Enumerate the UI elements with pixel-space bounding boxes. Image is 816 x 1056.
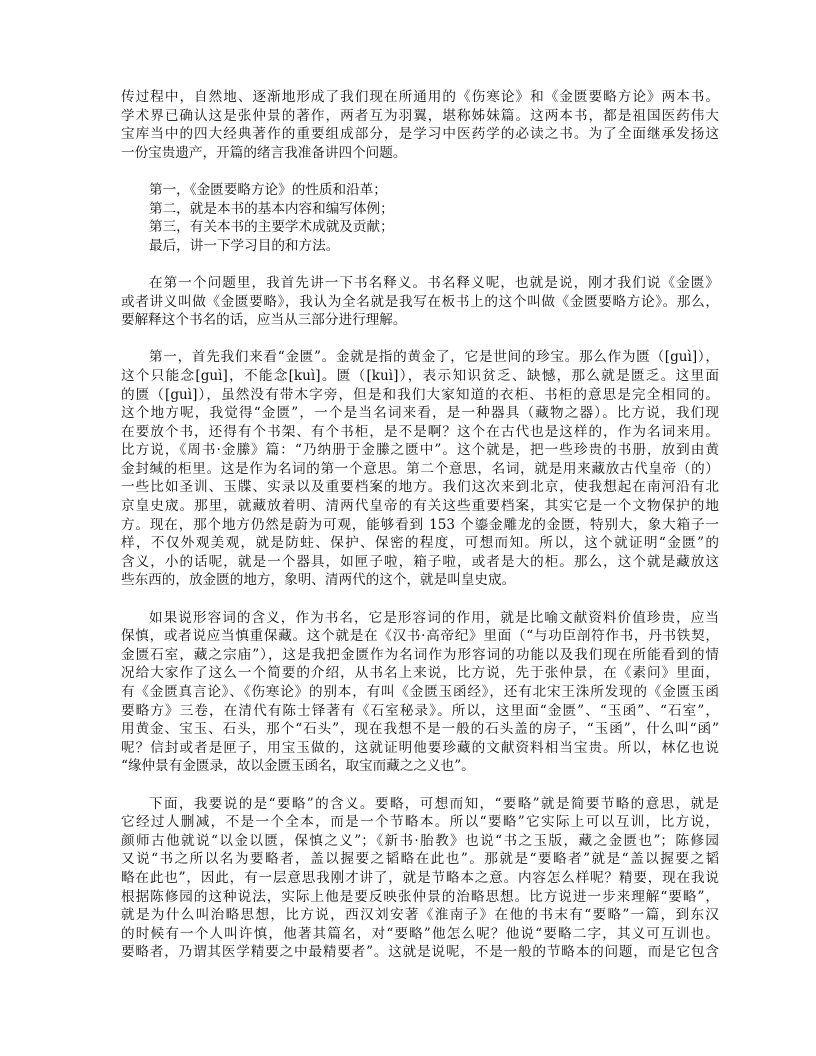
- text-line: 略在此也”，因此，有一层意思我刚才讲了，就是节略本之意。内容怎么样呢？精要，现在…: [121, 869, 719, 888]
- text-line: 有《金匮真言论》、《伤寒论》的别本，有叫《金匮玉函经》，还有北宋王洙所发现的《金…: [121, 683, 719, 702]
- text-line: 要解释这个书名的话，应当从三部分进行理解。: [121, 311, 719, 330]
- list-item: 第二，就是本书的基本内容和编写体例；: [121, 200, 719, 219]
- outline-list: 第一，《金匮要略方论》的性质和沿革； 第二，就是本书的基本内容和编写体例； 第三…: [121, 181, 719, 255]
- text-line: 在要放个书，还得有个书架、有个书柜，是不是啊？这个在古代也是这样的，作为名词来用…: [121, 423, 719, 442]
- paragraph-yaolue: 下面，我要说的是“要略”的含义。要略，可想而知，“要略”就是简要节略的意思，就是…: [121, 795, 719, 962]
- text-line: 宝库当中的四大经典著作的重要组成部分，是学习中医药学的必读之书。为了全面继承发扬…: [121, 125, 719, 144]
- text-line: 呢？信封或者是匣子，用宝玉做的，这就证明他要珍藏的文献资料相当宝贵。所以，林亿也…: [121, 739, 719, 758]
- text-line: 要略者，乃谓其医学精要之中最精要者”。这就是说呢，不是一般的节略本的问题，而是它…: [121, 943, 719, 962]
- text-line: 要略方》三卷，在清代有陈士铎著有《石室秘录》。所以，这里面“金匮”、“玉函”、“…: [121, 702, 719, 721]
- text-line: 在第一个问题里，我首先讲一下书名释义。书名释义呢，也就是说，刚才我们说《金匮》: [121, 274, 719, 293]
- text-line: “缘仲景有金匮录，故以金匮玉函名，取宝而藏之之义也”。: [121, 757, 719, 776]
- text-line: 含义，小的话呢，就是一个器具，如匣子啦，箱子啦，或者是大的柜。那么，这个就是藏放…: [121, 553, 719, 572]
- text-line: 它经过人删减，不是一个全本，而是一个节略本。所以“要略”它实际上可以互训，比方说…: [121, 813, 719, 832]
- text-line: 学术界已确认这是张仲景的著作，两者互为羽翼，堪称姊妹篇。这两本书，都是祖国医药伟…: [121, 107, 719, 126]
- paragraph-spacer: [121, 776, 719, 795]
- paragraph-title-explain: 在第一个问题里，我首先讲一下书名释义。书名释义呢，也就是说，刚才我们说《金匮》 …: [121, 274, 719, 330]
- paragraph-jingui: 第一，首先我们来看“金匮”。金就是指的黄金了，它是世间的珍宝。那么作为匮（[gu…: [121, 348, 719, 590]
- text-line: 一份宝贵遗产，开篇的绪言我准备讲四个问题。: [121, 144, 719, 163]
- text-line: 的匮（[guì]），虽然没有带木字旁，但是和我们大家知道的衣柜、书柜的意思是完全…: [121, 386, 719, 405]
- paragraph-spacer: [121, 590, 719, 609]
- text-line: 第一，首先我们来看“金匮”。金就是指的黄金了，它是世间的珍宝。那么作为匮（[gu…: [121, 348, 719, 367]
- list-item: 第一，《金匮要略方论》的性质和沿革；: [121, 181, 719, 200]
- text-line: 颜师古他就说“以金以匮，保慎之义”；《新书·胎教》也说“书之玉版，藏之金匮也”；…: [121, 832, 719, 851]
- text-line: 或者讲义叫做《金匮要略》，我认为全名就是我写在板书上的这个叫做《金匮要略方论》。…: [121, 293, 719, 312]
- text-line: 又说“书之所以名为要略者，盖以握要之韬略在此也”。那就是“要略者”就是“盖以握要…: [121, 850, 719, 869]
- text-line: 下面，我要说的是“要略”的含义。要略，可想而知，“要略”就是简要节略的意思，就是: [121, 795, 719, 814]
- paragraph-spacer: [121, 330, 719, 349]
- text-line: 用黄金、宝玉、石头，那个“石头”，现在我想不是一般的石头盖的房子，“玉函”，什么…: [121, 720, 719, 739]
- text-line: 况给大家作了这么一个简要的介绍，从书名上来说，比方说，先于张仲景，在《素问》里面…: [121, 664, 719, 683]
- text-line: 如果说形容词的含义，作为书名，它是形容词的作用，就是比喻文献资料价值珍贵，应当: [121, 609, 719, 628]
- text-line: 传过程中，自然地、逐渐地形成了我们现在所通用的《伤寒论》和《金匮要略方论》两本书…: [121, 88, 719, 107]
- text-line: 就是为什么叫治略思想，比方说，西汉刘安著《淮南子》在他的书末有“要略”一篇，到东…: [121, 906, 719, 925]
- list-item: 最后，讲一下学习目的和方法。: [121, 237, 719, 256]
- text-line: 方。现在，那个地方仍然是蔚为可观，能够看到 153 个鎏金雕龙的金匮，特别大，象…: [121, 516, 719, 535]
- text-line: 一些比如圣训、玉牒、实录以及重要档案的地方。我们这次来到北京，使我想起在南河沿有…: [121, 478, 719, 497]
- text-line: 样，不仅外观美观，就是防蛀、保护、保密的程度，可想而知。所以，这个就证明“金匮”…: [121, 534, 719, 553]
- text-line: 比方说，《周书·金縢》篇：“乃纳册于金縢之匮中”。这个就是，把一些珍贵的书册，放…: [121, 441, 719, 460]
- text-line: 保慎，或者说应当慎重保藏。这个就是在《汉书·高帝纪》里面（“与功臣剖符作书，丹书…: [121, 627, 719, 646]
- text-line: 这个只能念[guì]，不能念[kuì]。匮（[kuì]），表示知识贫乏、缺憾，那…: [121, 367, 719, 386]
- text-line: 些东西的，放金匮的地方，象明、清两代的这个，就是叫皇史宬。: [121, 571, 719, 590]
- text-line: 根据陈修园的这种说法，实际上他是要反映张仲景的治略思想。比方说进一步来理解“要略…: [121, 888, 719, 907]
- text-line: 京皇史宬。那里，就藏放着明、清两代皇帝的有关这些重要档案，其实它是一个文物保护的…: [121, 497, 719, 516]
- paragraph-intro: 传过程中，自然地、逐渐地形成了我们现在所通用的《伤寒论》和《金匮要略方论》两本书…: [121, 88, 719, 162]
- text-line: 金匮石室，藏之宗庙”），这是我把金匮作为名词作为形容词的功能以及我们现在所能看到…: [121, 646, 719, 665]
- paragraph-adjective: 如果说形容词的含义，作为书名，它是形容词的作用，就是比喻文献资料价值珍贵，应当 …: [121, 609, 719, 776]
- paragraph-spacer: [121, 162, 719, 181]
- text-line: 这个地方呢，我觉得“金匮”，一个是当名词来看，是一种器具（藏物之器）。比方说，我…: [121, 404, 719, 423]
- document-page: 传过程中，自然地、逐渐地形成了我们现在所通用的《伤寒论》和《金匮要略方论》两本书…: [121, 88, 719, 962]
- text-line: 的时候有一个人叫许慎，他著其篇名，对“要略”他怎么呢？他说“要略二字，其义可互训…: [121, 925, 719, 944]
- text-line: 金封缄的柜里。这是作为名词的第一个意思。第二个意思，名词，就是用来藏放古代皇帝（…: [121, 460, 719, 479]
- paragraph-spacer: [121, 255, 719, 274]
- list-item: 第三，有关本书的主要学术成就及贡献；: [121, 218, 719, 237]
